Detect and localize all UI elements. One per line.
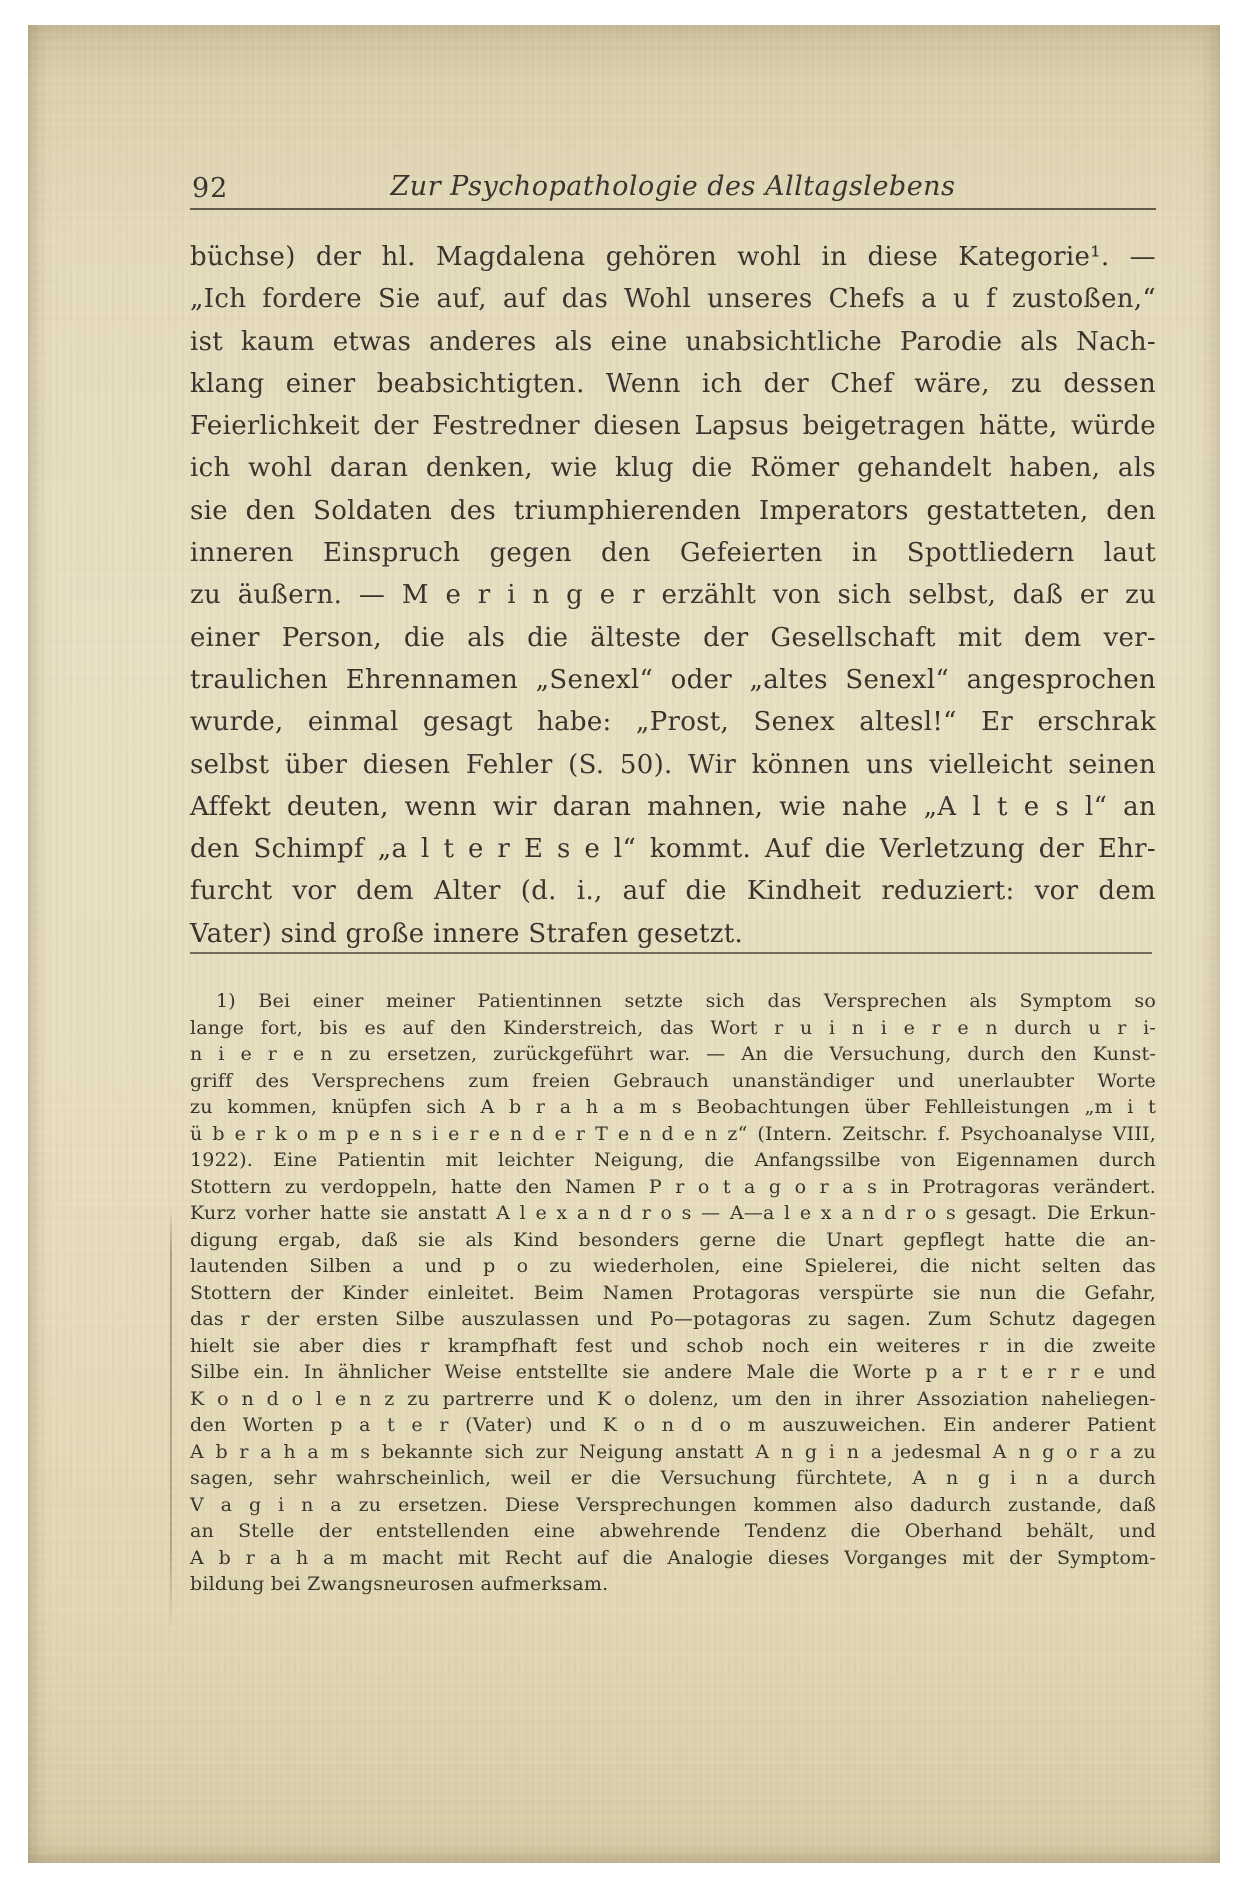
text-line: einer Person, die als die älteste der Ge… xyxy=(190,617,1156,659)
text-line: sie den Soldaten des triumphierenden Imp… xyxy=(190,490,1156,532)
book-page-scan: 92 Zur Psychopathologie des Alltagsleben… xyxy=(28,25,1220,1863)
text-line: klang einer beabsichtigten. Wenn ich der… xyxy=(190,363,1156,405)
text-line: den Schimpf „a l t e r E s e l“ kommt. A… xyxy=(190,828,1156,870)
text-line: K o n d o l e n z zu partrerre und K o d… xyxy=(190,1386,1156,1413)
header-rule xyxy=(190,208,1156,210)
text-line: inneren Einspruch gegen den Gefeierten i… xyxy=(190,532,1156,574)
text-line: selbst über diesen Fehler (S. 50). Wir k… xyxy=(190,744,1156,786)
text-line: A b r a h a m s bekannte sich zur Neigun… xyxy=(190,1439,1156,1466)
text-line: lautenden Silben a und p o zu wiederhole… xyxy=(190,1253,1156,1280)
text-line: Silbe ein. In ähnlicher Weise entstellte… xyxy=(190,1359,1156,1386)
text-line: zu kommen, knüpfen sich A b r a h a m s … xyxy=(190,1094,1156,1121)
margin-fold-line-artifact xyxy=(170,1203,172,1633)
text-line: Kurz vorher hatte sie anstatt A l e x a … xyxy=(190,1200,1156,1227)
text-line: bildung bei Zwangsneurosen aufmerksam. xyxy=(190,1571,1156,1598)
text-line: lange fort, bis es auf den Kinderstreich… xyxy=(190,1015,1156,1042)
footnote-separator-rule xyxy=(190,952,1152,954)
main-text-block: büchse) der hl. Magdalena gehören wohl i… xyxy=(190,236,1156,955)
text-line: ü b e r k o m p e n s i e r e n d e r T … xyxy=(190,1121,1156,1148)
text-line: griff des Versprechens zum freien Gebrau… xyxy=(190,1068,1156,1095)
text-line: V a g i n a zu ersetzen. Diese Versprech… xyxy=(190,1492,1156,1519)
running-title: Zur Psychopathologie des Alltagslebens xyxy=(190,171,1156,202)
text-line: 1922). Eine Patientin mit leichter Neigu… xyxy=(190,1147,1156,1174)
text-line: Affekt deuten, wenn wir daran mahnen, wi… xyxy=(190,786,1156,828)
scanned-page-viewport: 92 Zur Psychopathologie des Alltagsleben… xyxy=(0,0,1250,1897)
text-line: „Ich fordere Sie auf, auf das Wohl unser… xyxy=(190,278,1156,320)
text-line: digung ergab, daß sie als Kind besonders… xyxy=(190,1227,1156,1254)
footnote-block: 1) Bei einer meiner Patientinnen setzte … xyxy=(190,988,1156,1598)
text-line: an Stelle der entstellenden eine abwehre… xyxy=(190,1518,1156,1545)
text-line: A b r a h a m macht mit Recht auf die An… xyxy=(190,1545,1156,1572)
text-line: Stottern zu verdoppeln, hatte den Namen … xyxy=(190,1174,1156,1201)
text-line: ist kaum etwas anderes als eine unabsich… xyxy=(190,321,1156,363)
text-line: traulichen Ehrennamen „Senexl“ oder „alt… xyxy=(190,659,1156,701)
text-line: Feierlichkeit der Festredner diesen Laps… xyxy=(190,405,1156,447)
text-line: 1) Bei einer meiner Patientinnen setzte … xyxy=(190,988,1156,1015)
text-line: ich wohl daran denken, wie klug die Röme… xyxy=(190,447,1156,489)
text-line: hielt sie aber dies r krampfhaft fest un… xyxy=(190,1333,1156,1360)
text-line: furcht vor dem Alter (d. i., auf die Kin… xyxy=(190,870,1156,912)
text-line: das r der ersten Silbe auszulassen und P… xyxy=(190,1306,1156,1333)
text-line: büchse) der hl. Magdalena gehören wohl i… xyxy=(190,236,1156,278)
text-line: Vater) sind große innere Strafen gesetzt… xyxy=(190,913,1156,955)
text-line: den Worten p a t e r (Vater) und K o n d… xyxy=(190,1412,1156,1439)
text-line: Stottern der Kinder einleitet. Beim Name… xyxy=(190,1280,1156,1307)
text-line: zu äußern. — M e r i n g e r erzählt von… xyxy=(190,574,1156,616)
text-line: sagen, sehr wahrscheinlich, weil er die … xyxy=(190,1465,1156,1492)
text-line: n i e r e n zu ersetzen, zurückgeführt w… xyxy=(190,1041,1156,1068)
text-line: wurde, einmal gesagt habe: „Prost, Senex… xyxy=(190,701,1156,743)
